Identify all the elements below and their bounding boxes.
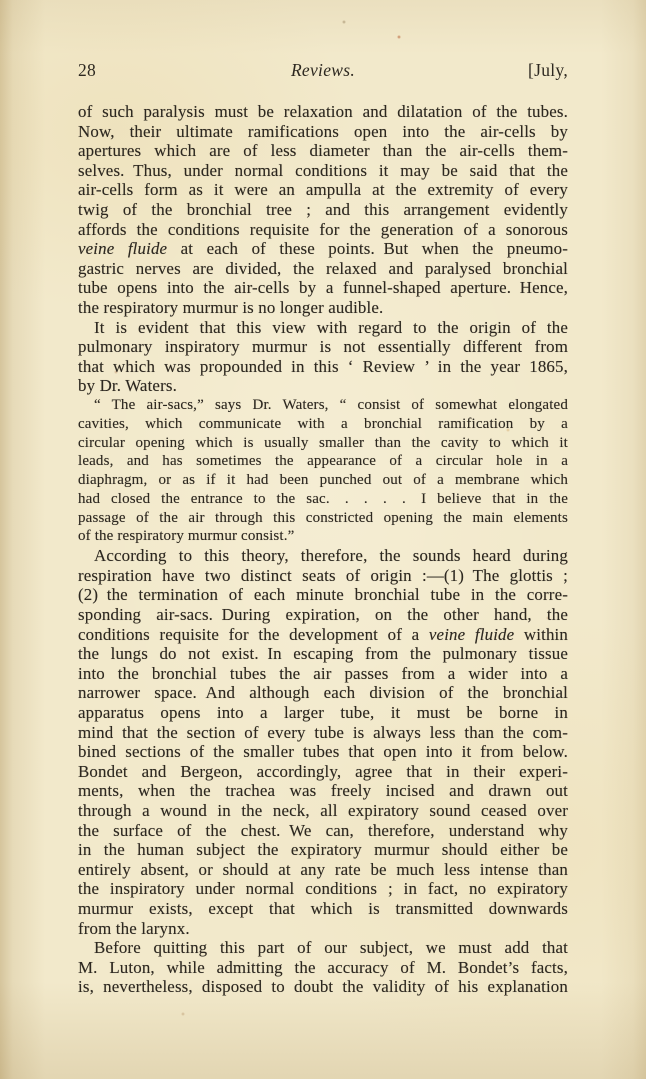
text-line: cavities, which communicate with a bronc… bbox=[78, 415, 568, 434]
page-header: 28 Reviews. [July, bbox=[78, 60, 568, 80]
text-line: It is evident that this view with regard… bbox=[78, 318, 568, 338]
text-line: According to this theory, therefore, the… bbox=[78, 546, 568, 566]
text-line: affords the conditions requisite for the… bbox=[78, 220, 568, 240]
text-line: respiration have two distinct seats of o… bbox=[78, 566, 568, 586]
paragraph: of such paralysis must be relaxation and… bbox=[78, 102, 568, 318]
page-number: 28 bbox=[78, 60, 168, 80]
text-line: Before quitting this part of our subject… bbox=[78, 938, 568, 958]
scanned-page: 28 Reviews. [July, of such paralysis mus… bbox=[0, 0, 646, 1079]
text-line: air-cells form as it were an ampulla at … bbox=[78, 180, 568, 200]
text-line: had closed the entrance to the sac. . . … bbox=[78, 490, 568, 509]
text-line: apertures which are of less diameter tha… bbox=[78, 141, 568, 161]
page: 28 Reviews. [July, of such paralysis mus… bbox=[0, 0, 646, 997]
text-line: (2) the termination of each minute bronc… bbox=[78, 585, 568, 605]
text-line: entirely absent, or should at any rate b… bbox=[78, 860, 568, 880]
text-line: by Dr. Waters. bbox=[78, 376, 568, 396]
paragraph: Before quitting this part of our subject… bbox=[78, 938, 568, 997]
issue-date: [July, bbox=[478, 60, 568, 80]
text-line: murmur exists, except that which is tran… bbox=[78, 899, 568, 919]
text-line: mind that the section of every tube is a… bbox=[78, 723, 568, 743]
text-line: of such paralysis must be relaxation and… bbox=[78, 102, 568, 122]
text-line: is, nevertheless, disposed to doubt the … bbox=[78, 977, 568, 997]
text-line: from the larynx. bbox=[78, 919, 568, 939]
text-line: leads, and has sometimes the appearance … bbox=[78, 452, 568, 471]
text-line: narrower space. And although each divisi… bbox=[78, 683, 568, 703]
text-line: Bondet and Bergeon, accordingly, agree t… bbox=[78, 762, 568, 782]
text-line: of the respiratory murmur consist.” bbox=[78, 527, 568, 546]
paragraph: According to this theory, therefore, the… bbox=[78, 546, 568, 938]
text-line: bined sections of the smaller tubes that… bbox=[78, 742, 568, 762]
text-line: “ The air-sacs,” says Dr. Waters, “ cons… bbox=[78, 396, 568, 415]
text-line: the inspiratory under normal conditions … bbox=[78, 879, 568, 899]
text-line: tube opens into the air-cells by a funne… bbox=[78, 278, 568, 298]
quote-block: “ The air-sacs,” says Dr. Waters, “ cons… bbox=[78, 396, 568, 546]
text-line: conditions requisite for the development… bbox=[78, 625, 568, 645]
text-line: veine fluide at each of these points. Bu… bbox=[78, 239, 568, 259]
text-line: into the bronchial tubes the air passes … bbox=[78, 664, 568, 684]
text-line: in the human subject the expiratory murm… bbox=[78, 840, 568, 860]
text-line: diaphragm, or as if it had been punched … bbox=[78, 471, 568, 490]
text-line: the surface of the chest. We can, theref… bbox=[78, 821, 568, 841]
text-line: through a wound in the neck, all expirat… bbox=[78, 801, 568, 821]
text-line: gastric nerves are divided, the relaxed … bbox=[78, 259, 568, 279]
text-line: M. Luton, while admitting the accuracy o… bbox=[78, 958, 568, 978]
text-line: the respiratory murmur is no longer audi… bbox=[78, 298, 568, 318]
text-line: selves. Thus, under normal conditions it… bbox=[78, 161, 568, 181]
text-line: ments, when the trachea was freely incis… bbox=[78, 781, 568, 801]
running-title: Reviews. bbox=[168, 60, 478, 80]
text-line: twig of the bronchial tree ; and this ar… bbox=[78, 200, 568, 220]
text-line: apparatus opens into a larger tube, it m… bbox=[78, 703, 568, 723]
text-line: pulmonary inspiratory murmur is not esse… bbox=[78, 337, 568, 357]
text-line: that which was propounded in this ‘ Revi… bbox=[78, 357, 568, 377]
text-line: passage of the air through this constric… bbox=[78, 509, 568, 528]
text-line: sponding air-sacs. During expiration, on… bbox=[78, 605, 568, 625]
text-line: circular opening which is usually smalle… bbox=[78, 434, 568, 453]
text-line: the lungs do not exist. In escaping from… bbox=[78, 644, 568, 664]
page-body: of such paralysis must be relaxation and… bbox=[78, 102, 568, 997]
text-line: Now, their ultimate ramifications open i… bbox=[78, 122, 568, 142]
paragraph: It is evident that this view with regard… bbox=[78, 318, 568, 396]
